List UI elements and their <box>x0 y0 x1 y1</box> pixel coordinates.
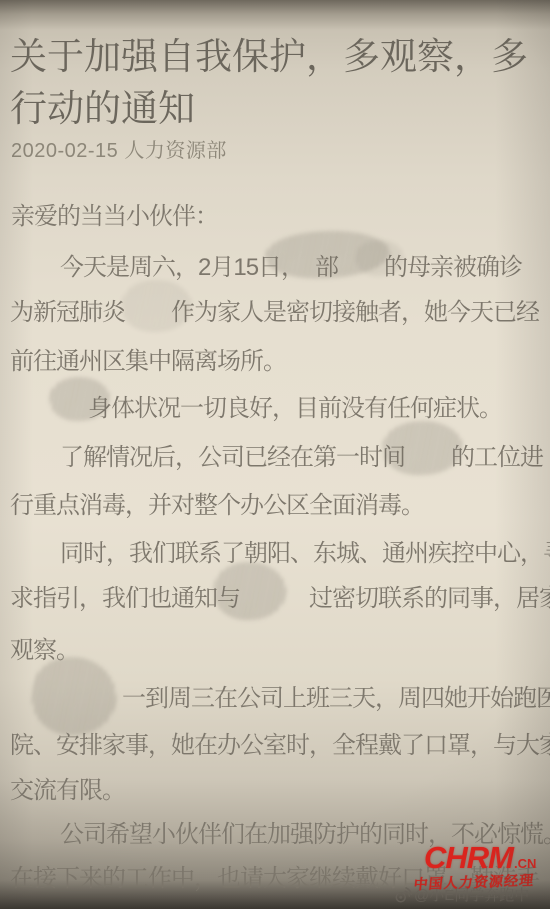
chrm-logo-tld: .CN <box>514 856 536 871</box>
body-line: 前往通州区集中隔离场所。 <box>10 341 286 376</box>
notice-date-department: 2020-02-15 人力资源部 <box>11 134 227 163</box>
body-line: 同时，我们联系了朝阳、东城、通州疾控中心，寻 <box>60 533 550 568</box>
body-line: 了解情况后，公司已经在第一时间 的工位进 <box>60 437 543 472</box>
chrm-logo-text: CHRM <box>424 840 513 875</box>
chrm-logo-tagline: 中国人力资源经理 <box>413 870 536 894</box>
body-line: 为新冠肺炎 作为家人是密切接触者，她今天已经 <box>10 292 539 327</box>
body-line: 身体状况一切良好，目前没有任何症状。 <box>88 388 502 423</box>
notice-title-line1: 关于加强自我保护，多观察，多 <box>10 26 528 80</box>
weibo-icon <box>394 886 412 904</box>
body-line: 亲爱的当当小伙伴： <box>11 196 218 231</box>
body-line: 一到周三在公司上班三天，周四她开始跑医 <box>122 678 550 713</box>
body-line: 行重点消毒，并对整个办公区全面消毒。 <box>10 485 424 520</box>
body-line: 交流有限。 <box>10 770 125 805</box>
notice-photo: 关于加强自我保护，多观察，多 行动的通知 2020-02-15 人力资源部 亲爱… <box>0 0 550 909</box>
notice-title-line2: 行动的通知 <box>10 78 195 132</box>
